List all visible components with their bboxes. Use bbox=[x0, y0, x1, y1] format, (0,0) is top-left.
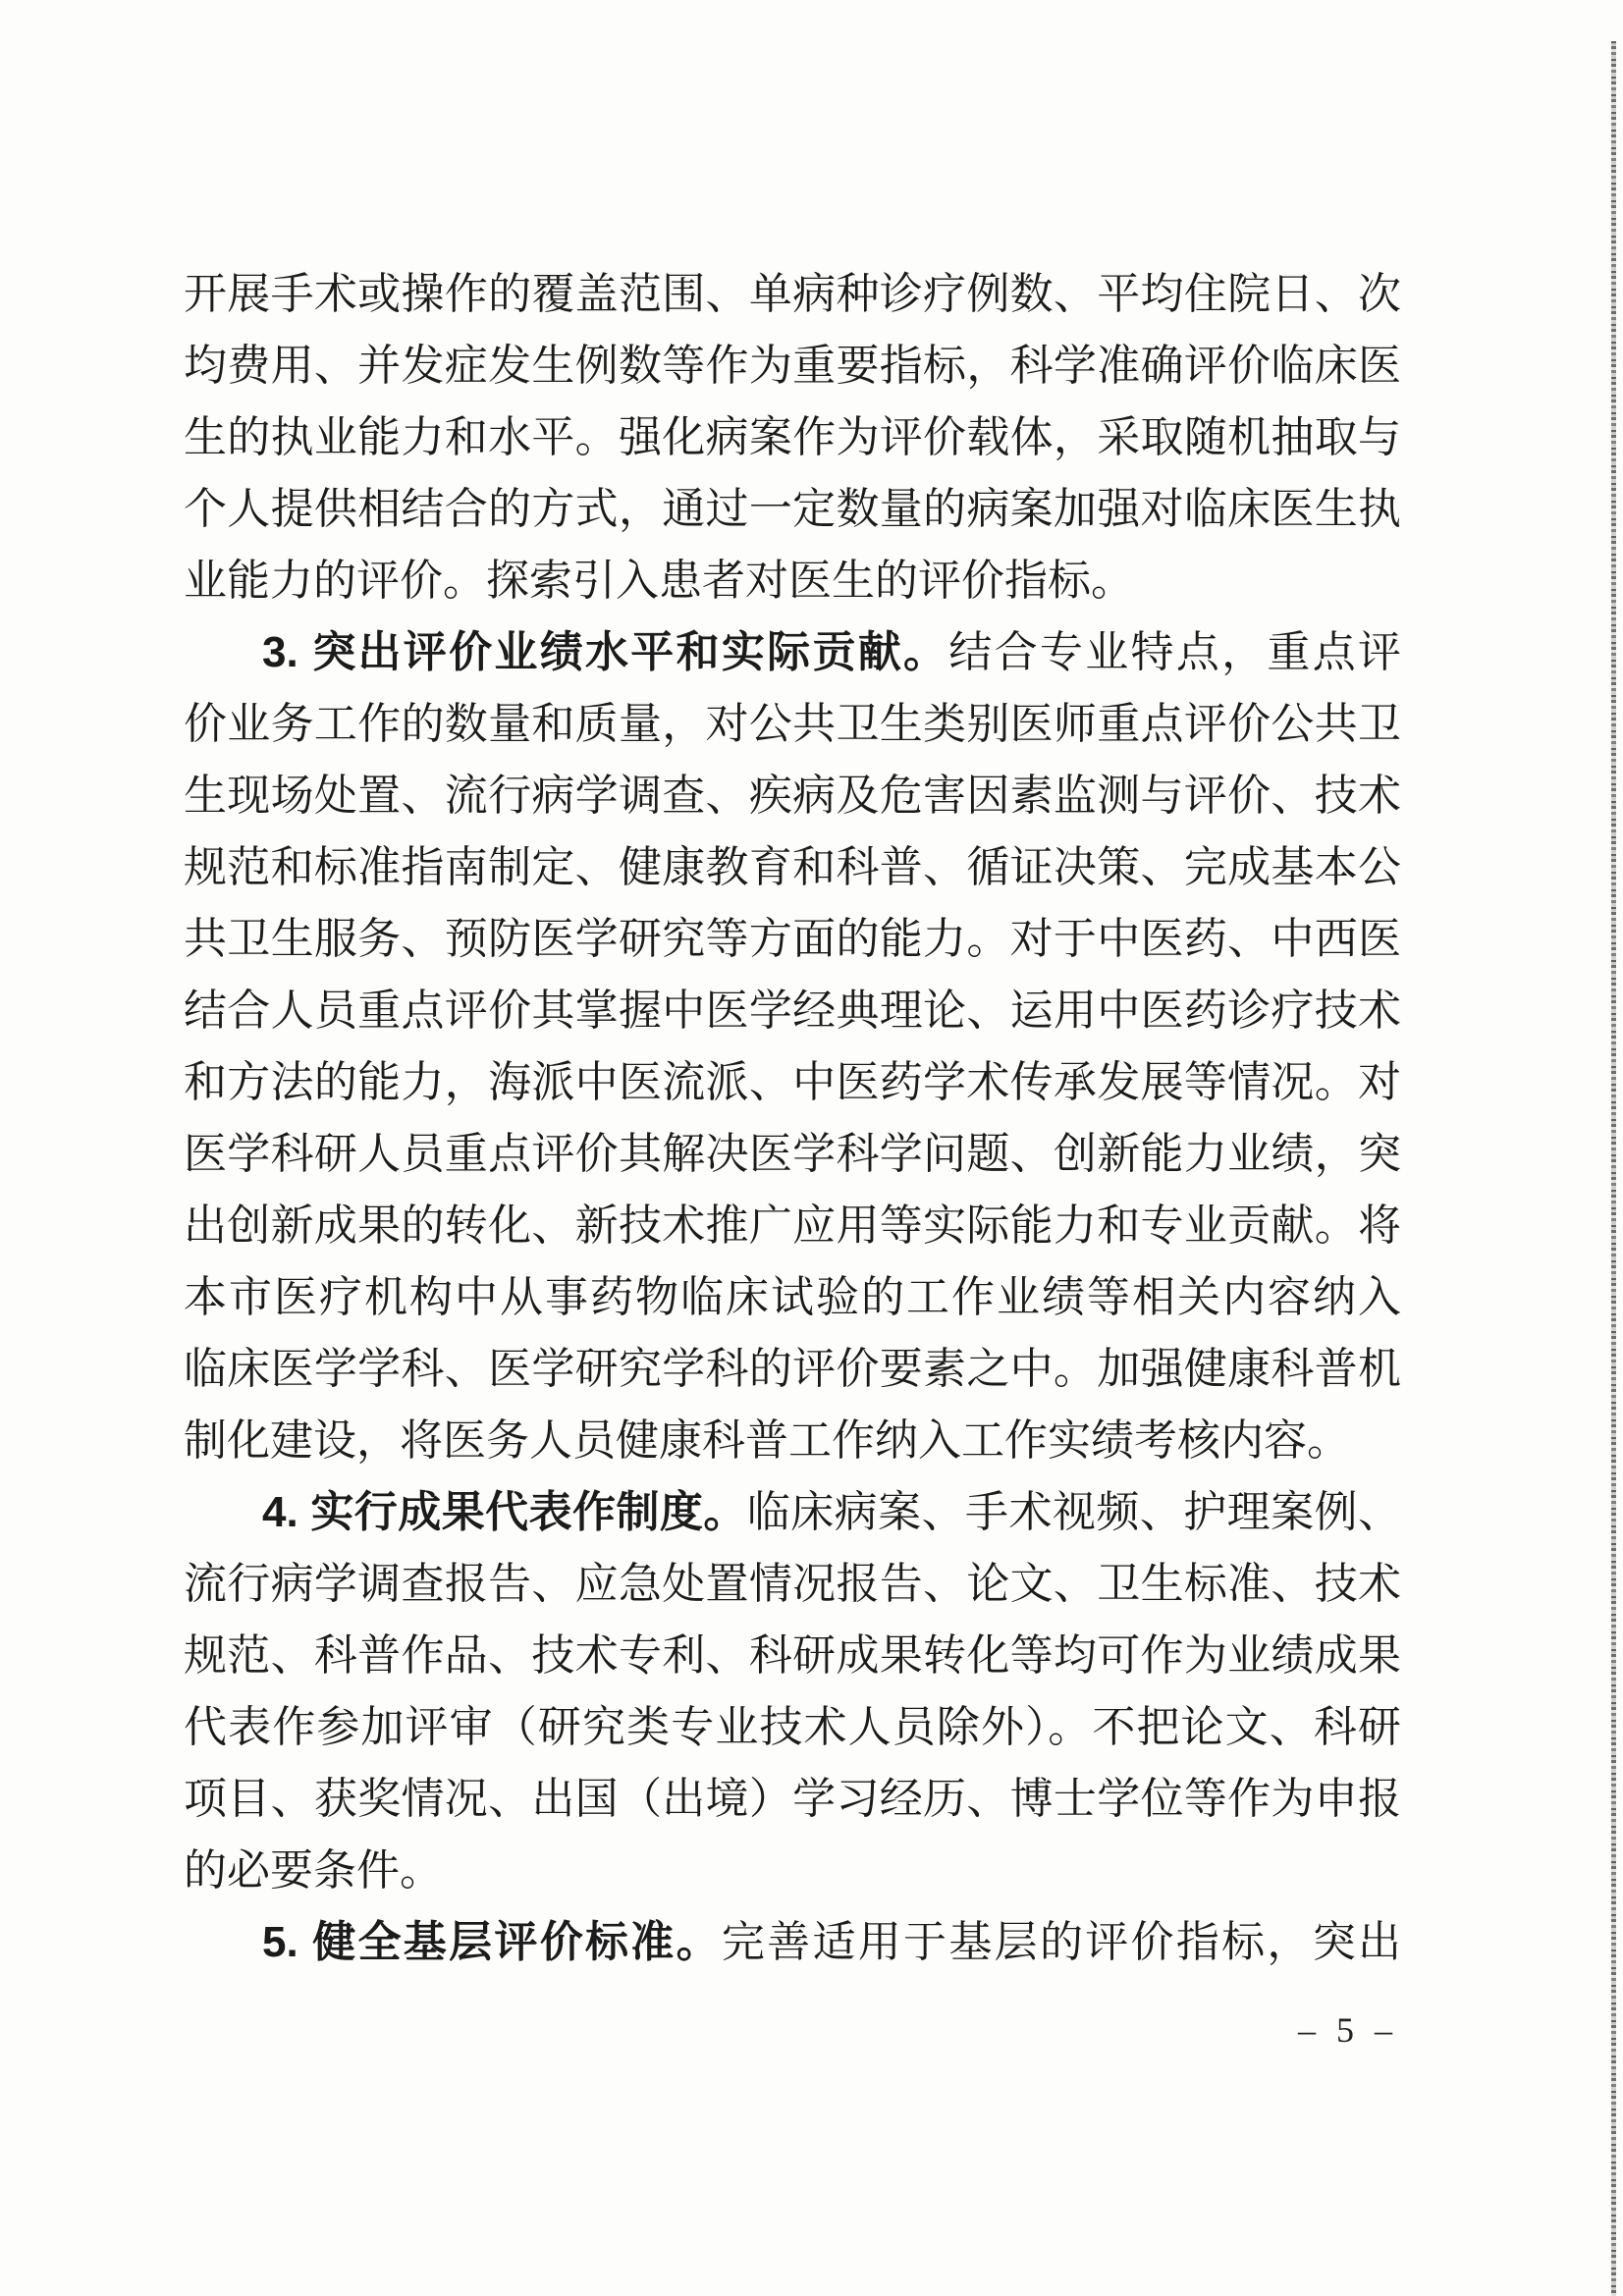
text-line: 规范和标准指南制定、健康教育和科普、循证决策、完成基本公 bbox=[184, 831, 1401, 903]
text-line: 的必要条件。 bbox=[184, 1835, 1401, 1906]
text-run: 价业务工作的数量和质量，对公共卫生类别医师重点评价公共卫 bbox=[184, 700, 1401, 748]
text-run: 临床病案、手术视频、护理案例、 bbox=[747, 1488, 1401, 1536]
text-run: 生的执业能力和水平。强化病案作为评价载体，采取随机抽取与 bbox=[184, 413, 1401, 461]
text-line: 流行病学调查报告、应急处置情况报告、论文、卫生标准、技术 bbox=[184, 1548, 1401, 1620]
section-heading-run: 4. 实行成果代表作制度。 bbox=[262, 1488, 747, 1536]
page-number: – 5 – bbox=[1298, 2008, 1398, 2052]
text-run: 完善适用于基层的评价指标，突出 bbox=[722, 1918, 1401, 1966]
text-run: 均费用、并发症发生例数等作为重要指标，科学准确评价临床医 bbox=[184, 342, 1401, 390]
document-page: 开展手术或操作的覆盖范围、单病种诊疗例数、平均住院日、次均费用、并发症发生例数等… bbox=[0, 0, 1623, 2296]
text-line: 临床医学学科、医学研究学科的评价要素之中。加强健康科普机 bbox=[184, 1333, 1401, 1405]
text-line: 个人提供相结合的方式，通过一定数量的病案加强对临床医生执 bbox=[184, 473, 1401, 545]
text-run: 结合人员重点评价其掌握中医学经典理论、运用中医药诊疗技术 bbox=[184, 987, 1401, 1035]
text-line: 出创新成果的转化、新技术推广应用等实际能力和专业贡献。将 bbox=[184, 1190, 1401, 1261]
text-run: 结合专业特点，重点评 bbox=[948, 628, 1401, 676]
scan-edge-artifact bbox=[1611, 41, 1616, 2296]
text-line: 5. 健全基层评价标准。完善适用于基层的评价指标，突出 bbox=[184, 1906, 1401, 1978]
text-run: 本市医疗机构中从事药物临床试验的工作业绩等相关内容纳入 bbox=[184, 1273, 1401, 1321]
text-run: 规范、科普作品、技术专利、科研成果转化等均可作为业绩成果 bbox=[184, 1631, 1401, 1680]
text-run: 共卫生服务、预防医学研究等方面的能力。对于中医药、中西医 bbox=[184, 915, 1401, 963]
text-line: 开展手术或操作的覆盖范围、单病种诊疗例数、平均住院日、次 bbox=[184, 258, 1401, 330]
text-line: 代表作参加评审（研究类专业技术人员除外）。不把论文、科研 bbox=[184, 1691, 1401, 1763]
text-run: 生现场处置、流行病学调查、疾病及危害因素监测与评价、技术 bbox=[184, 772, 1401, 820]
text-line: 和方法的能力，海派中医流派、中医药学术传承发展等情况。对 bbox=[184, 1046, 1401, 1118]
text-line: 4. 实行成果代表作制度。临床病案、手术视频、护理案例、 bbox=[184, 1476, 1401, 1548]
text-line: 生现场处置、流行病学调查、疾病及危害因素监测与评价、技术 bbox=[184, 760, 1401, 831]
section-heading-run: 3. 突出评价业绩水平和实际贡献。 bbox=[262, 628, 948, 676]
section-heading-run: 5. 健全基层评价标准。 bbox=[262, 1918, 722, 1966]
text-line: 项目、获奖情况、出国（出境）学习经历、博士学位等作为申报 bbox=[184, 1763, 1401, 1835]
text-run: 出创新成果的转化、新技术推广应用等实际能力和专业贡献。将 bbox=[184, 1201, 1401, 1250]
text-run: 项目、获奖情况、出国（出境）学习经历、博士学位等作为申报 bbox=[184, 1775, 1401, 1823]
text-line: 医学科研人员重点评价其解决医学科学问题、创新能力业绩，突 bbox=[184, 1118, 1401, 1190]
text-run: 规范和标准指南制定、健康教育和科普、循证决策、完成基本公 bbox=[184, 843, 1401, 891]
text-run: 代表作参加评审（研究类专业技术人员除外）。不把论文、科研 bbox=[184, 1703, 1401, 1751]
text-line: 价业务工作的数量和质量，对公共卫生类别医师重点评价公共卫 bbox=[184, 688, 1401, 760]
text-run: 临床医学学科、医学研究学科的评价要素之中。加强健康科普机 bbox=[184, 1345, 1401, 1393]
document-body: 开展手术或操作的覆盖范围、单病种诊疗例数、平均住院日、次均费用、并发症发生例数等… bbox=[184, 258, 1401, 1978]
text-run: 流行病学调查报告、应急处置情况报告、论文、卫生标准、技术 bbox=[184, 1560, 1401, 1608]
text-run: 的必要条件。 bbox=[184, 1846, 443, 1895]
text-run: 开展手术或操作的覆盖范围、单病种诊疗例数、平均住院日、次 bbox=[184, 270, 1401, 318]
text-line: 共卫生服务、预防医学研究等方面的能力。对于中医药、中西医 bbox=[184, 903, 1401, 975]
text-run: 制化建设，将医务人员健康科普工作纳入工作实绩考核内容。 bbox=[184, 1416, 1350, 1465]
text-line: 业能力的评价。探索引入患者对医生的评价指标。 bbox=[184, 545, 1401, 616]
text-line: 3. 突出评价业绩水平和实际贡献。结合专业特点，重点评 bbox=[184, 616, 1401, 688]
text-run: 医学科研人员重点评价其解决医学科学问题、创新能力业绩，突 bbox=[184, 1130, 1401, 1178]
text-line: 本市医疗机构中从事药物临床试验的工作业绩等相关内容纳入 bbox=[184, 1261, 1401, 1333]
text-run: 个人提供相结合的方式，通过一定数量的病案加强对临床医生执 bbox=[184, 485, 1401, 533]
text-run: 和方法的能力，海派中医流派、中医药学术传承发展等情况。对 bbox=[184, 1058, 1401, 1106]
text-line: 均费用、并发症发生例数等作为重要指标，科学准确评价临床医 bbox=[184, 330, 1401, 401]
text-run: 业能力的评价。探索引入患者对医生的评价指标。 bbox=[184, 557, 1134, 605]
text-line: 制化建设，将医务人员健康科普工作纳入工作实绩考核内容。 bbox=[184, 1405, 1401, 1476]
text-line: 生的执业能力和水平。强化病案作为评价载体，采取随机抽取与 bbox=[184, 401, 1401, 473]
text-line: 结合人员重点评价其掌握中医学经典理论、运用中医药诊疗技术 bbox=[184, 975, 1401, 1046]
text-line: 规范、科普作品、技术专利、科研成果转化等均可作为业绩成果 bbox=[184, 1620, 1401, 1691]
